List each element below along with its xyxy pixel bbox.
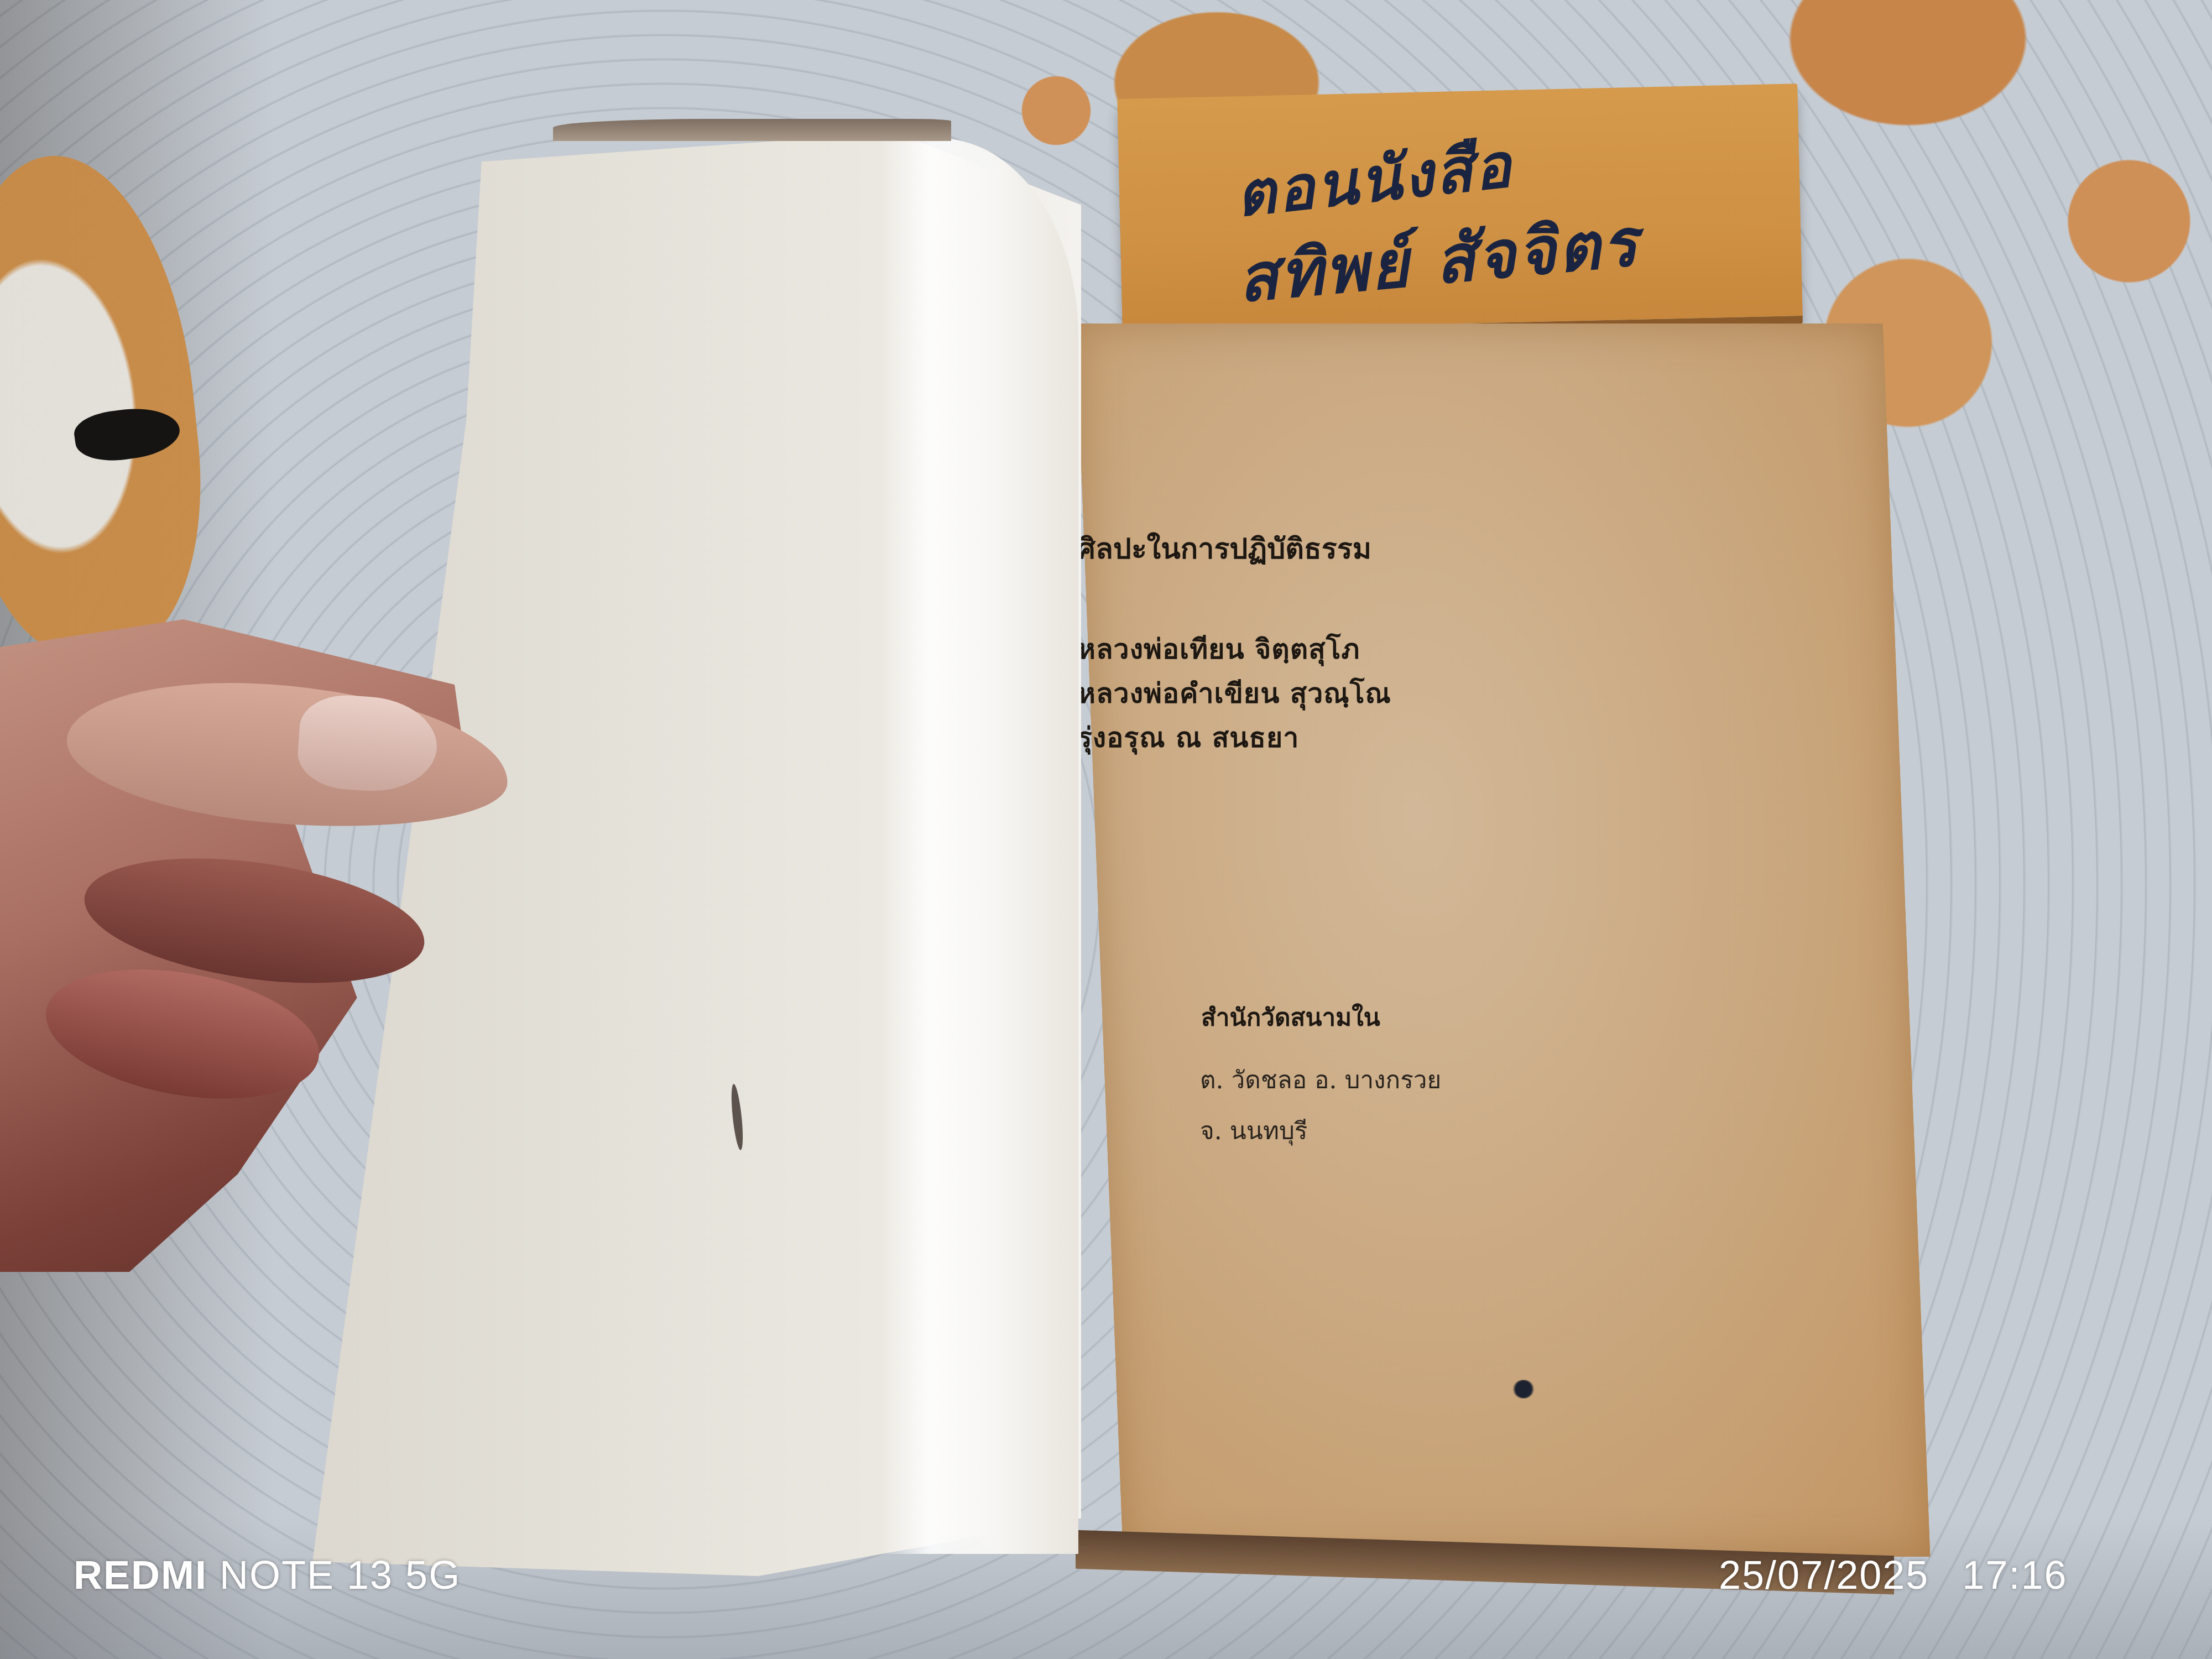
watermark-model: NOTE 13 5G [220, 1553, 461, 1598]
watermark-date: 25/07/2025 [1719, 1553, 1929, 1598]
book-spine-highlight [879, 138, 1078, 1554]
author-2: หลวงพ่อคำเขียน สุวณฺโณ [1077, 672, 1391, 716]
handwritten-cardboard-sign: ตอนนังสือ สทิพย์ สัจจิตร [1117, 84, 1802, 331]
publisher-address-line-2: จ. นนทบุรี [1200, 1112, 1307, 1150]
author-3: รุ่งอรุณ ณ สนธยา [1077, 716, 1299, 760]
book-title: ศิลปะในการปฏิบัติธรรม [1077, 525, 1371, 571]
photo-scene: ตอนนังสือ สทิพย์ สัจจิตร ศิลปะในการปฏิบั… [0, 0, 2212, 1659]
book-top-edge [553, 119, 951, 141]
camera-watermark-timestamp: 25/07/202517:16 [1719, 1553, 2068, 1598]
author-1: หลวงพ่อเทียน จิตฺตสุโภ [1077, 628, 1360, 671]
watermark-time: 17:16 [1962, 1553, 2067, 1598]
camera-watermark-device: REDMINOTE 13 5G [74, 1553, 461, 1598]
watermark-brand: REDMI [74, 1553, 207, 1598]
ink-spot [1512, 1380, 1535, 1399]
publisher-name: สำนักวัดสนามใน [1201, 998, 1380, 1037]
publisher-address-line-1: ต. วัดชลอ อ. บางกรวย [1200, 1061, 1441, 1099]
book-title-page [1076, 324, 1931, 1557]
